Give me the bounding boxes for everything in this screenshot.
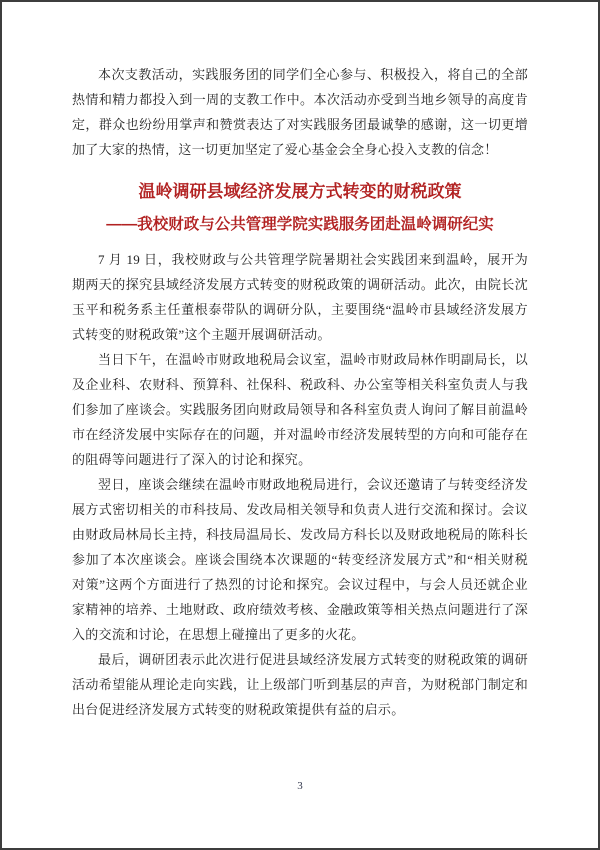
body-paragraph: 当日下午，在温岭市财政地税局会议室，温岭市财政局林作明副局长，以及企业科、农财科… (72, 347, 528, 472)
document-page: 本次支教活动，实践服务团的同学们全心参与、积极投入，将自己的全部热情和精力都投入… (0, 0, 600, 850)
body-paragraph: 最后，调研团表示此次进行促进县域经济发展方式转变的财税政策的调研活动希望能从理论… (72, 647, 528, 722)
body-paragraph: 翌日，座谈会继续在温岭市财政地税局进行，会议还邀请了与转变经济发展方式密切相关的… (72, 472, 528, 647)
article-subtitle: ——我校财政与公共管理学院实践服务团赴温岭调研纪实 (72, 212, 528, 238)
page-content: 本次支教活动，实践服务团的同学们全心参与、积极投入，将自己的全部热情和精力都投入… (72, 62, 528, 722)
intro-paragraph: 本次支教活动，实践服务团的同学们全心参与、积极投入，将自己的全部热情和精力都投入… (72, 62, 528, 162)
article-title: 温岭调研县域经济发展方式转变的财税政策 (72, 179, 528, 205)
page-number: 3 (2, 780, 598, 792)
body-paragraph: 7 月 19 日，我校财政与公共管理学院暑期社会实践团来到温岭，展开为期两天的探… (72, 247, 528, 347)
